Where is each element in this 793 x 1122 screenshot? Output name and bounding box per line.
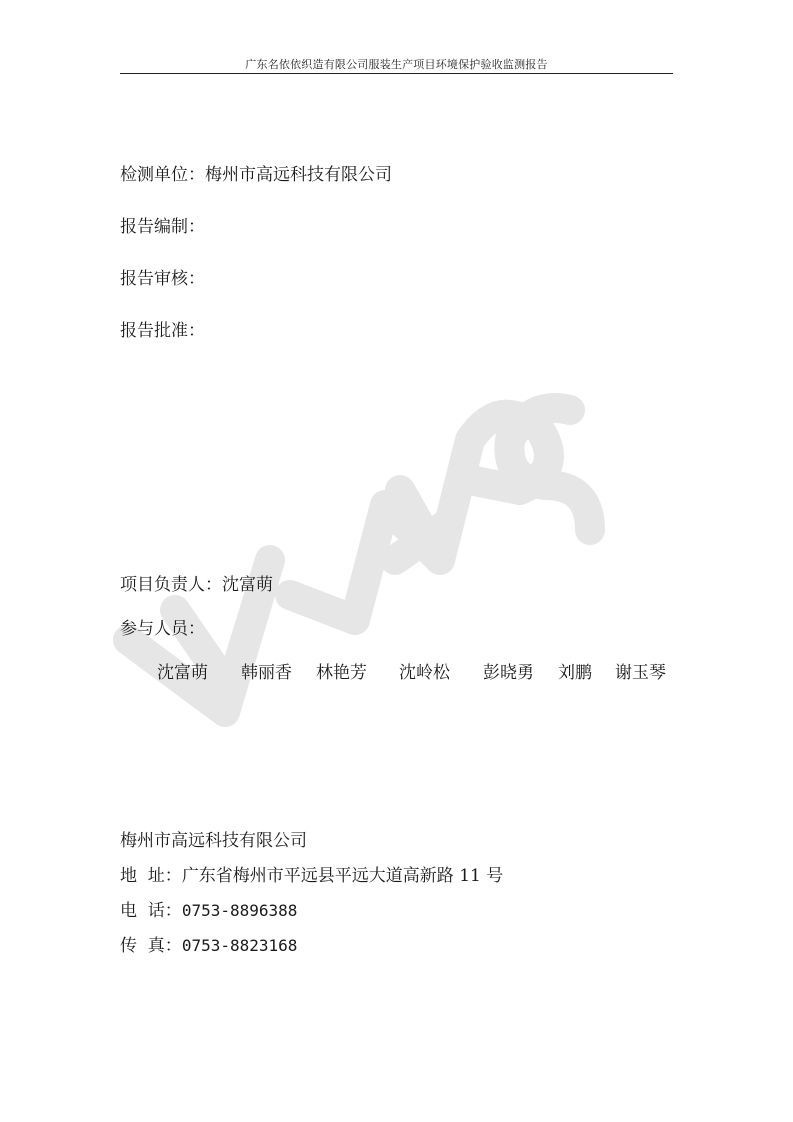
participant-name: 沈岭松	[399, 662, 450, 684]
project-leader-value: 沈富萌	[222, 575, 273, 595]
wps-watermark-icon	[0, 0, 793, 1122]
participant-name: 谢玉琴	[615, 662, 666, 684]
company-name: 梅州市高远科技有限公司	[120, 830, 307, 852]
phone-value: 0753-8896388	[182, 901, 298, 920]
address-value: 广东省梅州市平远县平远大道高新路 11 号	[182, 866, 503, 886]
project-leader-row: 项目负责人：沈富萌	[120, 574, 273, 596]
reviewed-by-label: 报告审核：	[120, 269, 205, 289]
compiled-by-label: 报告编制：	[120, 217, 205, 237]
compiled-by-row: 报告编制：	[120, 216, 205, 238]
participant-name: 刘鹏	[558, 662, 592, 684]
company-phone-row: 电 话：0753-8896388	[120, 900, 297, 922]
reviewed-by-row: 报告审核：	[120, 268, 205, 290]
fax-value: 0753-8823168	[182, 936, 298, 955]
header-divider	[120, 73, 673, 74]
participant-name: 彭晓勇	[483, 662, 534, 684]
fax-label: 传 真：	[120, 936, 182, 956]
participant-name: 沈富萌	[157, 662, 208, 684]
testing-unit-value: 梅州市高远科技有限公司	[205, 165, 392, 185]
project-leader-label: 项目负责人：	[120, 575, 222, 595]
testing-unit-row: 检测单位：梅州市高远科技有限公司	[120, 164, 392, 186]
approved-by-label: 报告批准：	[120, 321, 205, 341]
phone-label: 电 话：	[120, 901, 182, 921]
company-fax-row: 传 真：0753-8823168	[120, 935, 297, 957]
address-label: 地 址：	[120, 866, 182, 886]
participant-name: 林艳芳	[316, 662, 367, 684]
participants-label: 参与人员：	[120, 618, 205, 640]
participant-name: 韩丽香	[241, 662, 292, 684]
document-page: 广东名依依织造有限公司服装生产项目环境保护验收监测报告 检测单位：梅州市高远科技…	[0, 0, 793, 1122]
testing-unit-label: 检测单位：	[120, 165, 205, 185]
page-header-title: 广东名依依织造有限公司服装生产项目环境保护验收监测报告	[120, 56, 673, 72]
approved-by-row: 报告批准：	[120, 320, 205, 342]
company-address-row: 地 址：广东省梅州市平远县平远大道高新路 11 号	[120, 865, 503, 887]
